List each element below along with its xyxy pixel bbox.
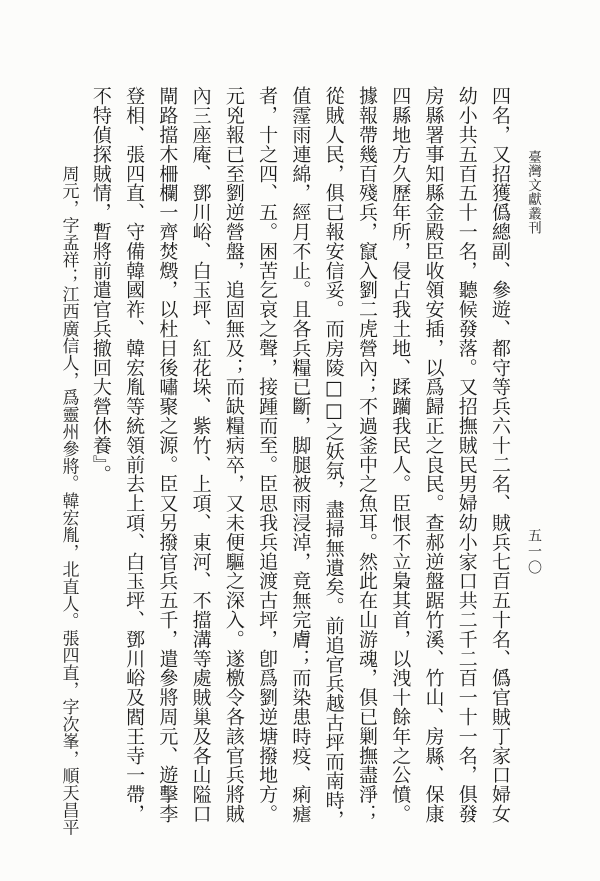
- running-book-title: 臺灣文獻叢刊: [523, 150, 543, 235]
- text-column-3: 房縣署事知縣金殿臣收領安插，以爲歸正之良民。查郝逆盤踞竹溪、竹山、房縣、保康: [422, 86, 444, 828]
- text-column-12: 登相、張四直、守備韓國祚、韓宏胤等統領前去上項、白玉坪、鄧川峪及閻王寺一帶，: [122, 86, 144, 828]
- biographical-note-column: 周元，字孟祥；江西廣信人，爲靈州參將。韓宏胤，北直人。張四直，字次峯，順天昌平: [58, 86, 78, 836]
- right-margin-strip: 臺灣文獻叢刊 五一〇: [519, 0, 549, 881]
- text-column-5: 據報帶幾百殘兵，竄入劉二虎營內；不過釜中之魚耳。然此在山游魂，俱已剿撫盡淨；: [355, 86, 377, 828]
- page-number: 五一〇: [524, 528, 544, 576]
- text-column-8: 者，十之四、五。困苦乞哀之聲，接踵而至。臣思我兵追渡古坪，卽爲劉逆塘撥地方。: [255, 86, 277, 828]
- text-column-1: 四名，又招獲僞總副、參遊、都守等兵六十二名、賊兵七百五十名、僞官賊丁家口婦女: [488, 86, 510, 828]
- text-column-7: 值霪雨連綿，經月不止。且各兵糧已斷，脚腿被雨浸淖，竟無完膚；而染患時疫、痢瘧: [289, 86, 311, 828]
- text-column-11: 閘路擋木柵欄一齊焚燬，以杜日後嘯聚之源。臣又另撥官兵五千，遣參將周元、遊擊李: [156, 86, 178, 828]
- text-column-2: 幼小共五百五十一名，聽候發落。又招撫賊民男婦幼小家口共二千二百一十一名，俱發: [455, 86, 477, 828]
- vertical-text-block: 四名，又招獲僞總副、參遊、都守等兵六十二名、賊兵七百五十名、僞官賊丁家口婦女 幼…: [58, 86, 510, 828]
- book-page-scan: 臺灣文獻叢刊 五一〇 四名，又招獲僞總副、參遊、都守等兵六十二名、賊兵七百五十名…: [0, 0, 600, 881]
- text-column-13: 不特偵探賊情，暫將前遣官兵撤回大營休養』。: [89, 86, 111, 828]
- text-column-6: 從賊人民，俱已報安信妥。而房陵□□之妖氛，盡掃無遺矣。前追官兵越古坪而南時，: [322, 86, 344, 828]
- text-column-10: 內三座庵、鄧川峪、白玉坪、紅花垛、紫竹、上項、東河、不擋溝等處賊巢及各山隘口: [189, 86, 211, 828]
- text-column-9: 元兇報已至劉逆營盤，追固無及；而缺糧病卒，又未便驅之深入。遂檄令各該官兵將賊: [222, 86, 244, 828]
- text-column-4: 四縣地方久歷年所，侵占我土地、蹂躪我民人。臣恨不立梟其首，以洩十餘年之公憤。: [388, 86, 410, 828]
